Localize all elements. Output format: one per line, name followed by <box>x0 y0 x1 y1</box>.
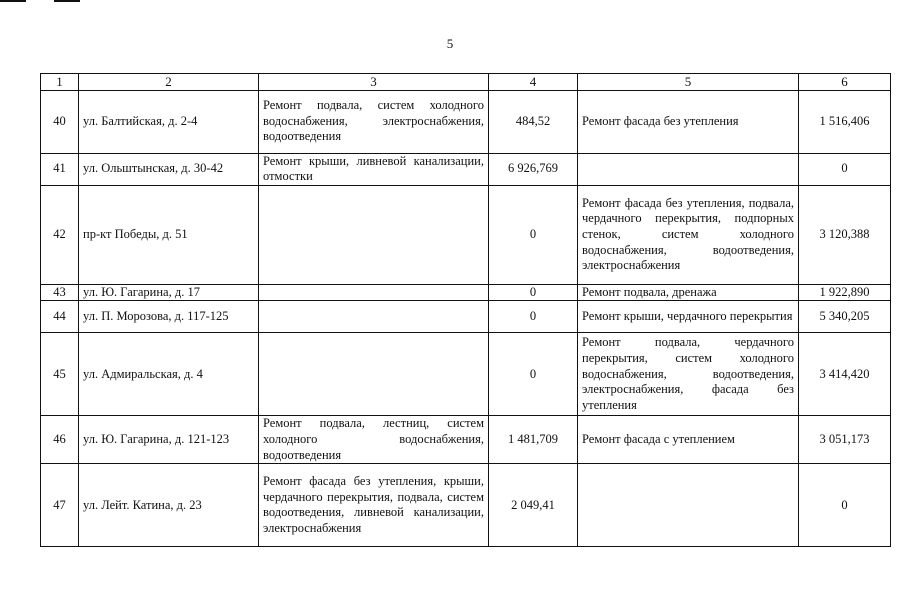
row-number: 43 <box>41 284 79 301</box>
column-number-row: 1 2 3 4 5 6 <box>41 74 891 91</box>
address-cell: ул. Ю. Гагарина, д. 17 <box>79 284 259 301</box>
value-cell-col6: 1 922,890 <box>799 284 891 301</box>
table-row: 44ул. П. Морозова, д. 117-1250Ремонт кры… <box>41 301 891 333</box>
row-number: 47 <box>41 464 79 547</box>
works-cell-col5: Ремонт фасада без утепления, подвала, че… <box>578 185 799 284</box>
address-cell: пр-кт Победы, д. 51 <box>79 185 259 284</box>
column-number: 1 <box>41 74 79 91</box>
page-number: 5 <box>0 36 900 52</box>
value-cell-col4: 0 <box>489 301 578 333</box>
column-number: 5 <box>578 74 799 91</box>
table-row: 45ул. Адмиральская, д. 40Ремонт подвала,… <box>41 333 891 416</box>
repair-works-table: 1 2 3 4 5 6 40ул. Балтийская, д. 2-4Ремо… <box>40 73 891 547</box>
works-cell-col5 <box>578 464 799 547</box>
value-cell-col4: 2 049,41 <box>489 464 578 547</box>
works-cell-col3 <box>259 333 489 416</box>
address-cell: ул. Лейт. Катина, д. 23 <box>79 464 259 547</box>
row-number: 45 <box>41 333 79 416</box>
works-cell-col3 <box>259 284 489 301</box>
value-cell-col6: 1 516,406 <box>799 90 891 153</box>
address-cell: ул. Ольштынская, д. 30-42 <box>79 153 259 185</box>
works-cell-col5 <box>578 153 799 185</box>
works-cell-col3: Ремонт фасада без утепления, крыши, черд… <box>259 464 489 547</box>
works-cell-col3: Ремонт крыши, ливневой канализации, отмо… <box>259 153 489 185</box>
works-cell-col3 <box>259 301 489 333</box>
works-cell-col5: Ремонт подвала, дренажа <box>578 284 799 301</box>
table-row: 42пр-кт Победы, д. 510Ремонт фасада без … <box>41 185 891 284</box>
table-row: 40ул. Балтийская, д. 2-4Ремонт подвала, … <box>41 90 891 153</box>
address-cell: ул. Адмиральская, д. 4 <box>79 333 259 416</box>
column-number: 2 <box>79 74 259 91</box>
table-row: 47ул. Лейт. Катина, д. 23Ремонт фасада б… <box>41 464 891 547</box>
value-cell-col4: 1 481,709 <box>489 416 578 464</box>
value-cell-col6: 3 051,173 <box>799 416 891 464</box>
works-cell-col5: Ремонт фасада с утеплением <box>578 416 799 464</box>
works-cell-col5: Ремонт фасада без утепления <box>578 90 799 153</box>
address-cell: ул. П. Морозова, д. 117-125 <box>79 301 259 333</box>
value-cell-col4: 0 <box>489 333 578 416</box>
column-number: 3 <box>259 74 489 91</box>
value-cell-col6: 0 <box>799 153 891 185</box>
value-cell-col4: 484,52 <box>489 90 578 153</box>
works-cell-col5: Ремонт крыши, чердачного перекрытия <box>578 301 799 333</box>
works-cell-col3 <box>259 185 489 284</box>
row-number: 42 <box>41 185 79 284</box>
table-row: 41ул. Ольштынская, д. 30-42Ремонт крыши,… <box>41 153 891 185</box>
works-cell-col3: Ремонт подвала, систем холодного водосна… <box>259 90 489 153</box>
row-number: 44 <box>41 301 79 333</box>
column-number: 4 <box>489 74 578 91</box>
table-row: 46ул. Ю. Гагарина, д. 121-123Ремонт подв… <box>41 416 891 464</box>
value-cell-col6: 3 120,388 <box>799 185 891 284</box>
value-cell-col4: 0 <box>489 185 578 284</box>
row-number: 40 <box>41 90 79 153</box>
value-cell-col6: 5 340,205 <box>799 301 891 333</box>
address-cell: ул. Ю. Гагарина, д. 121-123 <box>79 416 259 464</box>
address-cell: ул. Балтийская, д. 2-4 <box>79 90 259 153</box>
value-cell-col6: 3 414,420 <box>799 333 891 416</box>
scan-artifact <box>54 0 80 2</box>
value-cell-col6: 0 <box>799 464 891 547</box>
table-row: 43ул. Ю. Гагарина, д. 170Ремонт подвала,… <box>41 284 891 301</box>
row-number: 46 <box>41 416 79 464</box>
row-number: 41 <box>41 153 79 185</box>
scan-artifact <box>0 0 26 2</box>
value-cell-col4: 6 926,769 <box>489 153 578 185</box>
works-cell-col5: Ремонт подвала, чердачного перекрытия, с… <box>578 333 799 416</box>
column-number: 6 <box>799 74 891 91</box>
works-cell-col3: Ремонт подвала, лестниц, систем холодног… <box>259 416 489 464</box>
value-cell-col4: 0 <box>489 284 578 301</box>
